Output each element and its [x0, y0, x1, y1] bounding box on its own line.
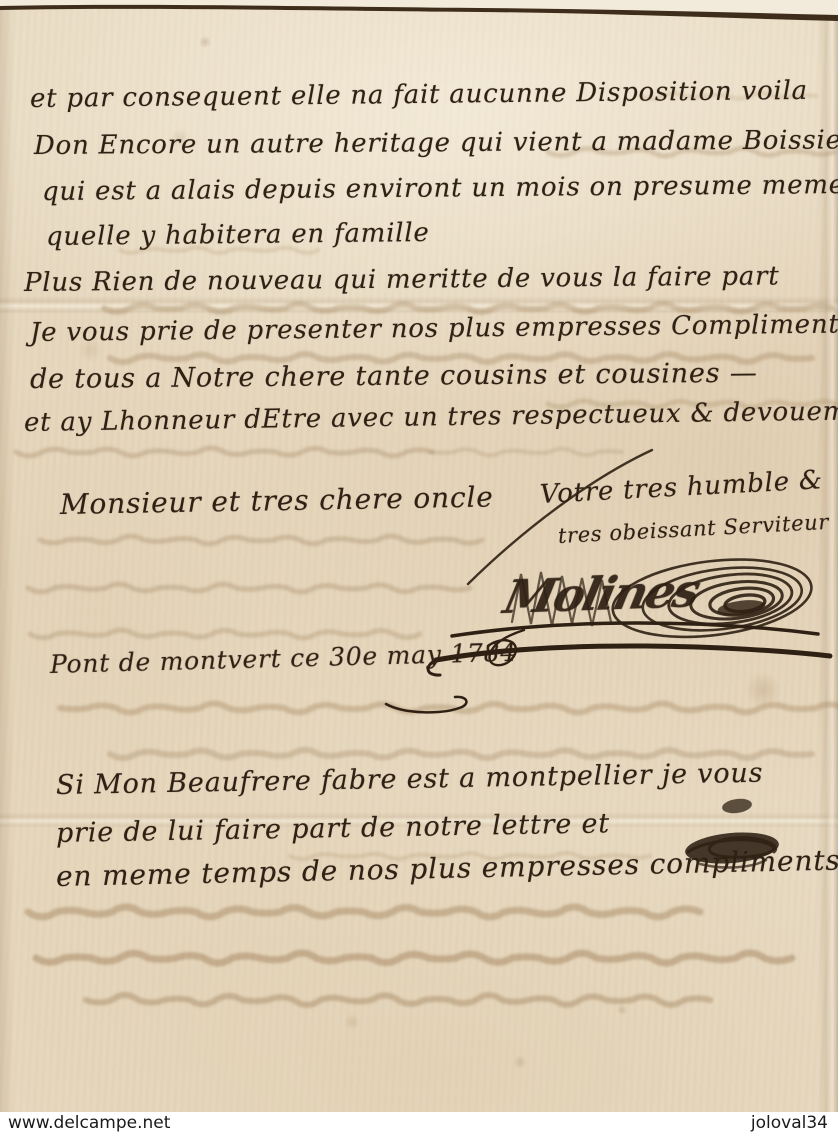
ghost-line	[36, 953, 792, 963]
left-edge-shade	[0, 0, 14, 1112]
signature-name: Molines	[499, 563, 703, 624]
watermark-seller-label: joloval34	[751, 1113, 838, 1133]
flourish-spiral	[724, 593, 766, 614]
ghost-line	[28, 907, 700, 917]
flourish-stroke	[468, 450, 652, 584]
ghost-line	[60, 704, 838, 713]
paper-top-edge	[0, 0, 838, 26]
scanned-letter-image: et par consequent elle na fait aucunne D…	[0, 0, 838, 1133]
postscript-line: en meme temps de nos plus empresses comp…	[56, 844, 838, 893]
watermark-site-label: www.delcampe.net	[0, 1113, 170, 1133]
ghost-line	[28, 584, 470, 592]
valediction-line-1: Votre tres humble &	[539, 465, 823, 510]
date-line: Pont de montvert ce 30e may 1784	[50, 638, 518, 679]
right-edge-fold	[818, 0, 838, 1112]
letter-line: quelle y habitera en famille	[46, 218, 430, 252]
postscript-line: Si Mon Beaufrere fabre est a montpellier…	[56, 758, 764, 801]
ghost-line	[430, 449, 622, 455]
ink-flourishes	[0, 0, 838, 1112]
watermark-bar: www.delcampe.net joloval34	[0, 1112, 838, 1133]
letter-line: Je vous prie de presenter nos plus empre…	[30, 309, 838, 348]
letter-line: et par consequent elle na fait aucunne D…	[30, 76, 808, 114]
flourish-spiral	[689, 577, 785, 624]
small-ink-smudge	[721, 797, 753, 815]
flourish-spiral-core	[717, 598, 766, 618]
date-underline	[386, 697, 466, 712]
showthrough-ghost-writing	[0, 0, 838, 1112]
flourish-spiral	[708, 585, 775, 619]
ghost-line	[110, 750, 812, 758]
letter-line: qui est a alais depuis environt un mois …	[42, 170, 838, 207]
ghost-line	[86, 995, 710, 1005]
salutation-line: Monsieur et tres chere oncle	[60, 480, 494, 521]
ghost-line	[30, 630, 420, 638]
postscript-line: prie de lui faire part de notre lettre e…	[56, 808, 610, 849]
letter-line: Don Encore un autre heritage qui vient a…	[34, 125, 838, 161]
letter-paper: et par consequent elle na fait aucunne D…	[0, 0, 838, 1115]
sheet-behind-edge	[0, 0, 838, 15]
signature-underline	[452, 623, 818, 636]
ghost-line	[40, 536, 482, 544]
top-edge-shadow	[0, 5, 838, 21]
ghost-line	[16, 448, 432, 456]
letter-line: Plus Rien de nouveau qui meritte de vous…	[24, 261, 780, 298]
letter-line: de tous a Notre chere tante cousins et c…	[30, 358, 758, 395]
valediction-line-2: tres obeissant Serviteur	[557, 510, 829, 548]
letter-line: et ay Lhonneur dEtre avec un tres respec…	[24, 396, 838, 438]
